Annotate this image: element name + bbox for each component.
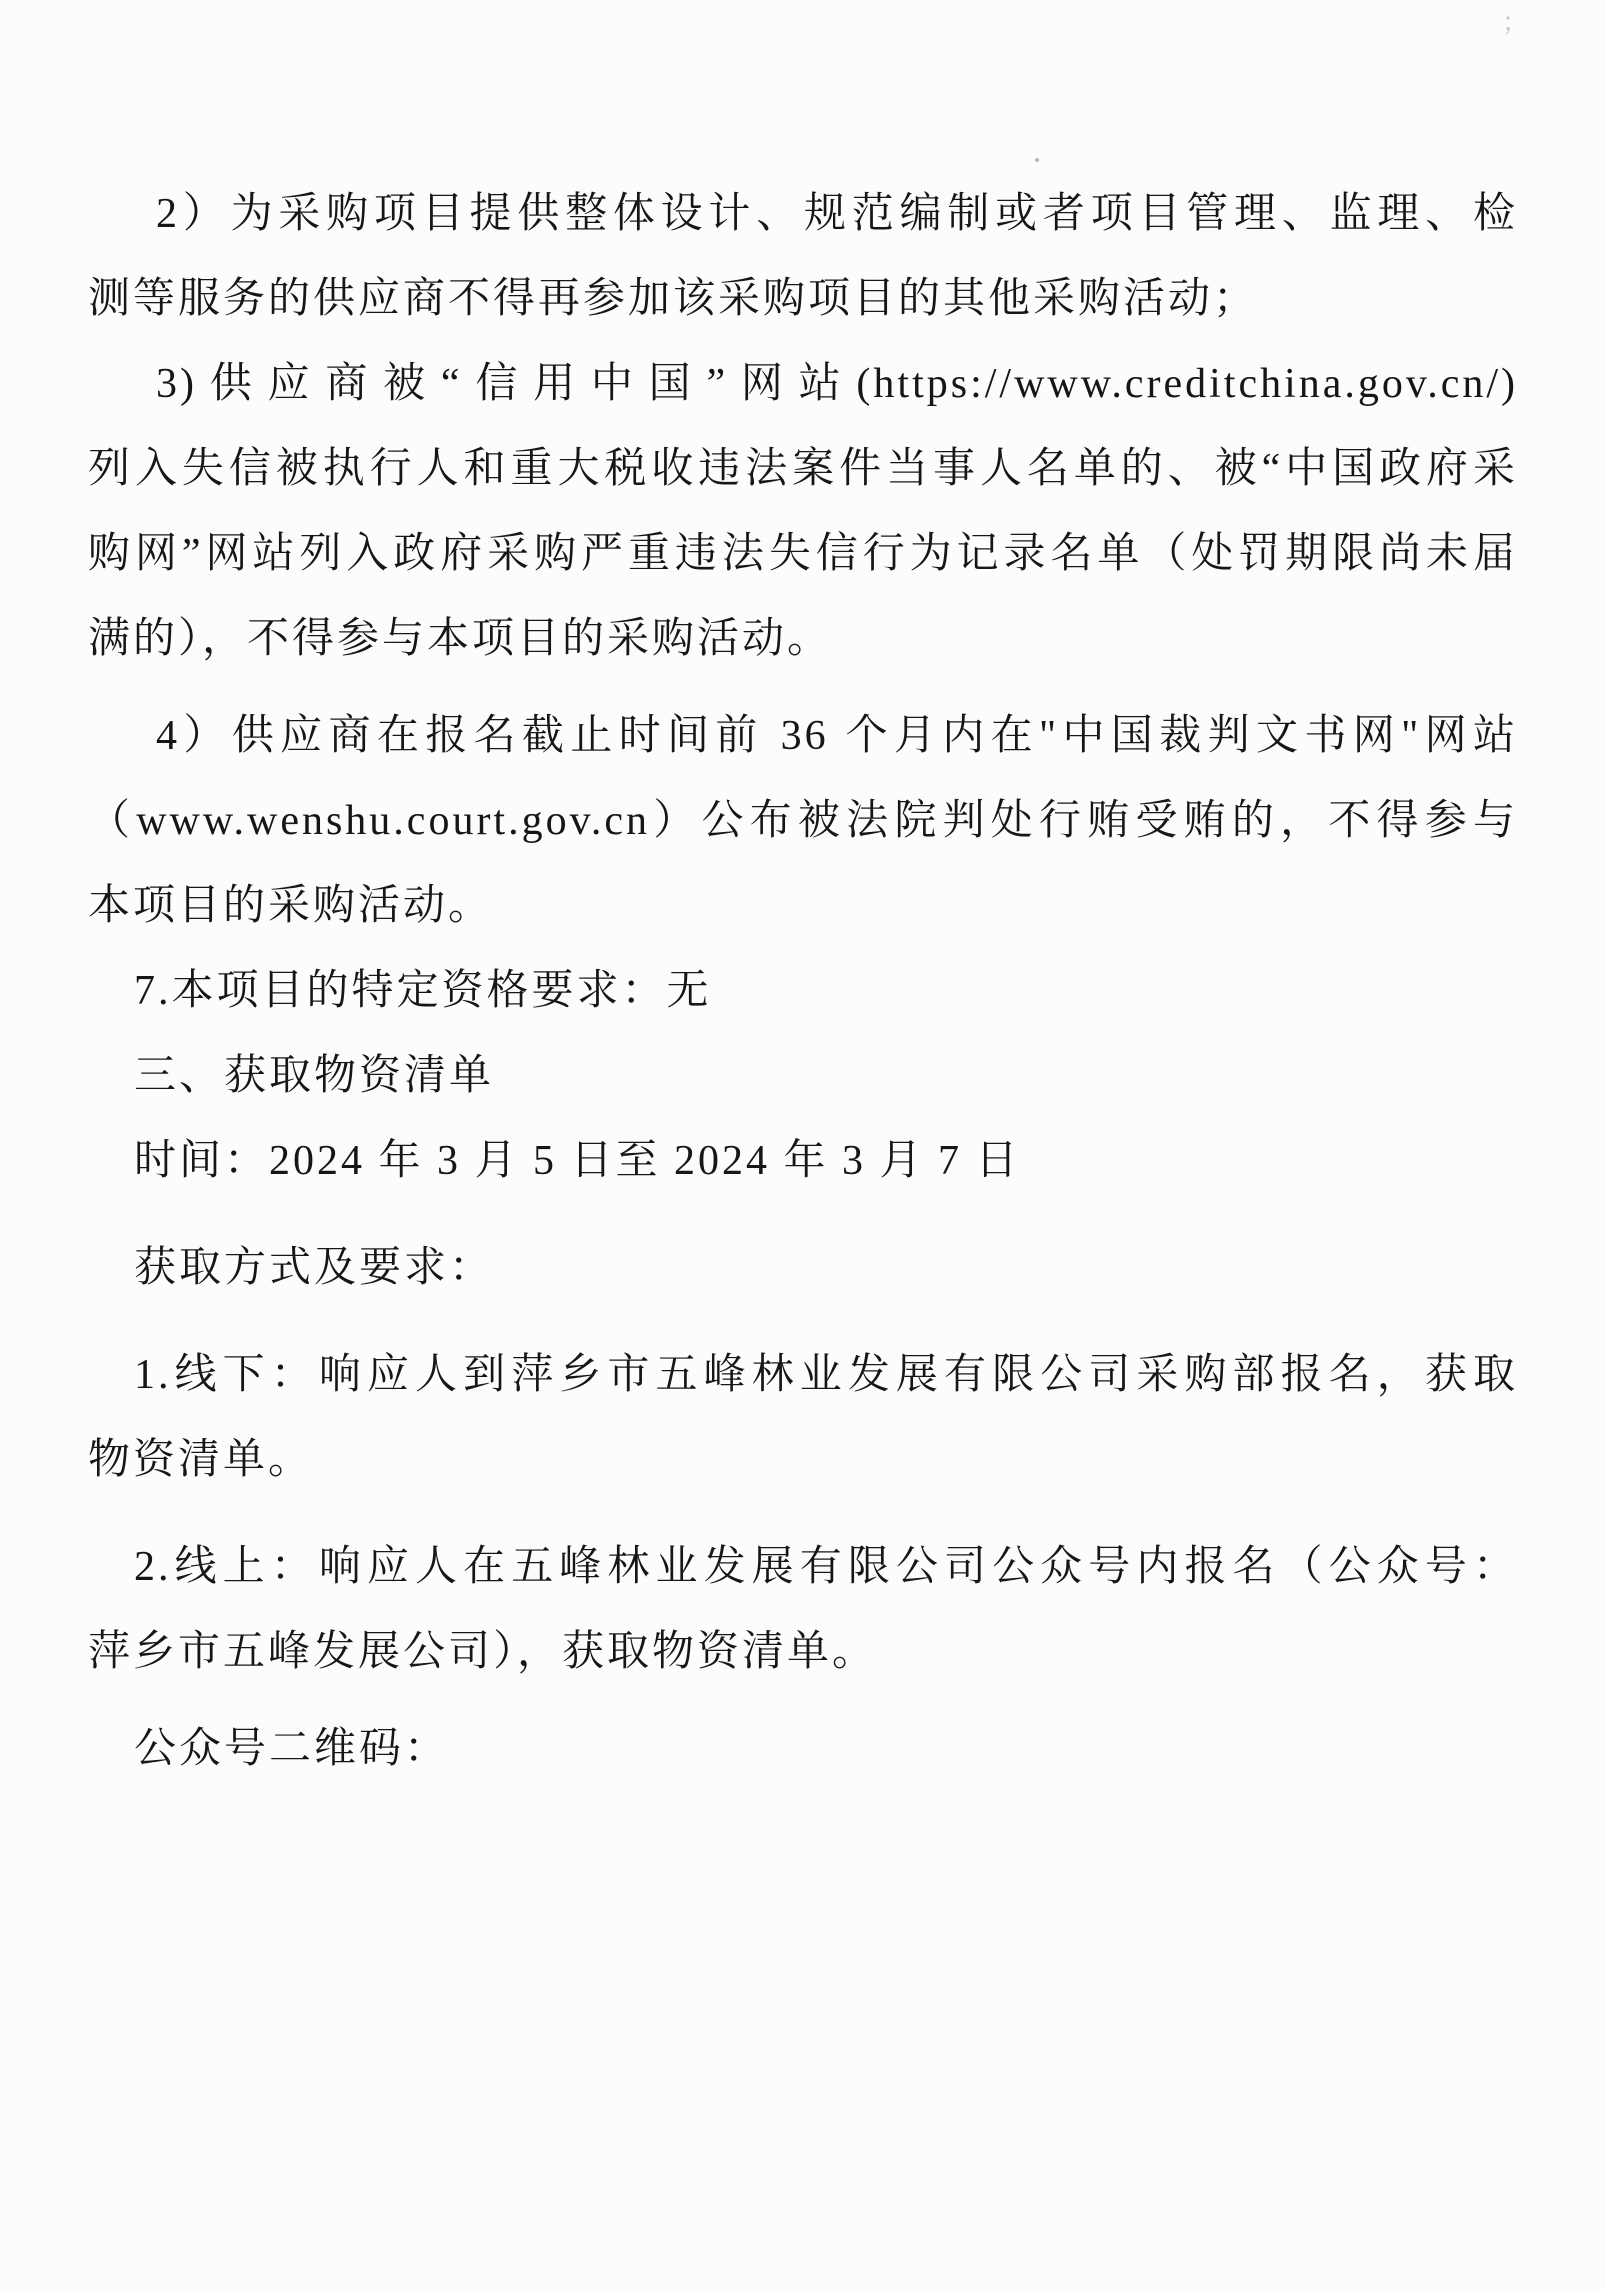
doc-line: 物资清单。 [88, 1418, 1518, 1503]
doc-line: 获取方式及要求： [88, 1226, 1518, 1311]
doc-line: 2.线上：响应人在五峰林业发展有限公司公众号内报名（公众号： [88, 1525, 1518, 1610]
doc-line: 测等服务的供应商不得再参加该采购项目的其他采购活动； [88, 257, 1518, 342]
document-body: 2）为采购项目提供整体设计、规范编制或者项目管理、监理、检 测等服务的供应商不得… [88, 172, 1518, 1792]
doc-line: 列入失信被执行人和重大税收违法案件当事人名单的、被“中国政府采 [88, 427, 1518, 512]
doc-line: 本项目的采购活动。 [88, 864, 1518, 949]
document-page: ； 2）为采购项目提供整体设计、规范编制或者项目管理、监理、检 测等服务的供应商… [0, 0, 1606, 2290]
doc-line: 时间：2024 年 3 月 5 日至 2024 年 3 月 7 日 [88, 1119, 1518, 1204]
doc-line: 三、获取物资清单 [88, 1034, 1518, 1119]
scan-artifact-dot [1035, 158, 1039, 162]
doc-line: 1.线下：响应人到萍乡市五峰林业发展有限公司采购部报名，获取 [88, 1333, 1518, 1418]
doc-line: 购网”网站列入政府采购严重违法失信行为记录名单（处罚期限尚未届 [88, 512, 1518, 597]
doc-line: 7.本项目的特定资格要求：无 [88, 949, 1518, 1034]
doc-line: 3)供应商被“信用中国”网站(https://www.creditchina.g… [88, 342, 1518, 427]
doc-line: 萍乡市五峰发展公司），获取物资清单。 [88, 1610, 1518, 1695]
doc-line: 2）为采购项目提供整体设计、规范编制或者项目管理、监理、检 [88, 172, 1518, 257]
doc-line: 4）供应商在报名截止时间前 36 个月内在"中国裁判文书网"网站 [88, 694, 1518, 779]
doc-line: （www.wenshu.court.gov.cn）公布被法院判处行贿受贿的，不得… [88, 779, 1518, 864]
doc-line: 满的），不得参与本项目的采购活动。 [88, 597, 1518, 682]
doc-line: 公众号二维码： [88, 1707, 1518, 1792]
scan-artifact-mark: ； [1502, 2, 1528, 39]
